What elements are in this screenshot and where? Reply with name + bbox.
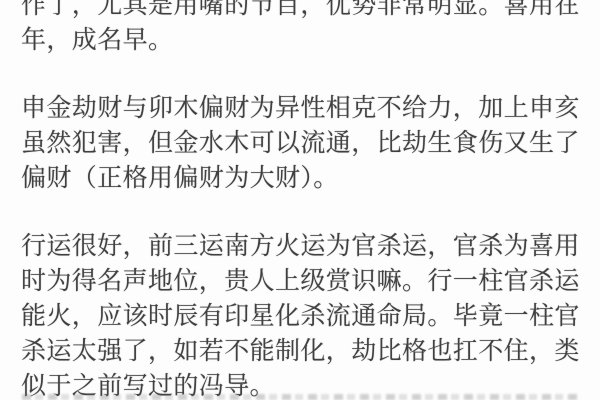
text-line: 杀运太强了，如若不能制化，劫比格也扛不住，类 — [21, 333, 586, 368]
text-line: 虽然犯害，但金水木可以流通，比劫生食伤又生了 — [21, 125, 586, 160]
text-line: 偏财（正格用偏财为大财）。 — [21, 160, 586, 195]
paragraph: 申金劫财与卯木偏财为异性相克不给力，加上申亥虽然犯害，但金水木可以流通，比劫生食… — [21, 90, 586, 195]
text-line: 时为得名声地位，贵人上级赏识嘛。行一柱官杀运 — [21, 263, 586, 298]
text-line: 作了，尤其是用嘴的节目，优势非常明显。喜用在 — [21, 0, 586, 22]
article-text: 作了，尤其是用嘴的节目，优势非常明显。喜用在年，成名早。申金劫财与卯木偏财为异性… — [21, 0, 586, 400]
text-line: 申金劫财与卯木偏财为异性相克不给力，加上申亥 — [21, 90, 586, 125]
clipped-next-line-top — [22, 394, 580, 400]
article-page: 作了，尤其是用嘴的节目，优势非常明显。喜用在年，成名早。申金劫财与卯木偏财为异性… — [0, 0, 600, 400]
text-line: 年，成名早。 — [21, 22, 586, 57]
text-line: 能火，应该时辰有印星化杀流通命局。毕竟一柱官 — [21, 298, 586, 333]
paragraph: 作了，尤其是用嘴的节目，优势非常明显。喜用在年，成名早。 — [21, 0, 586, 57]
paragraph: 行运很好，前三运南方火运为官杀运，官杀为喜用时为得名声地位，贵人上级赏识嘛。行一… — [21, 228, 586, 400]
text-line: 行运很好，前三运南方火运为官杀运，官杀为喜用 — [21, 228, 586, 263]
